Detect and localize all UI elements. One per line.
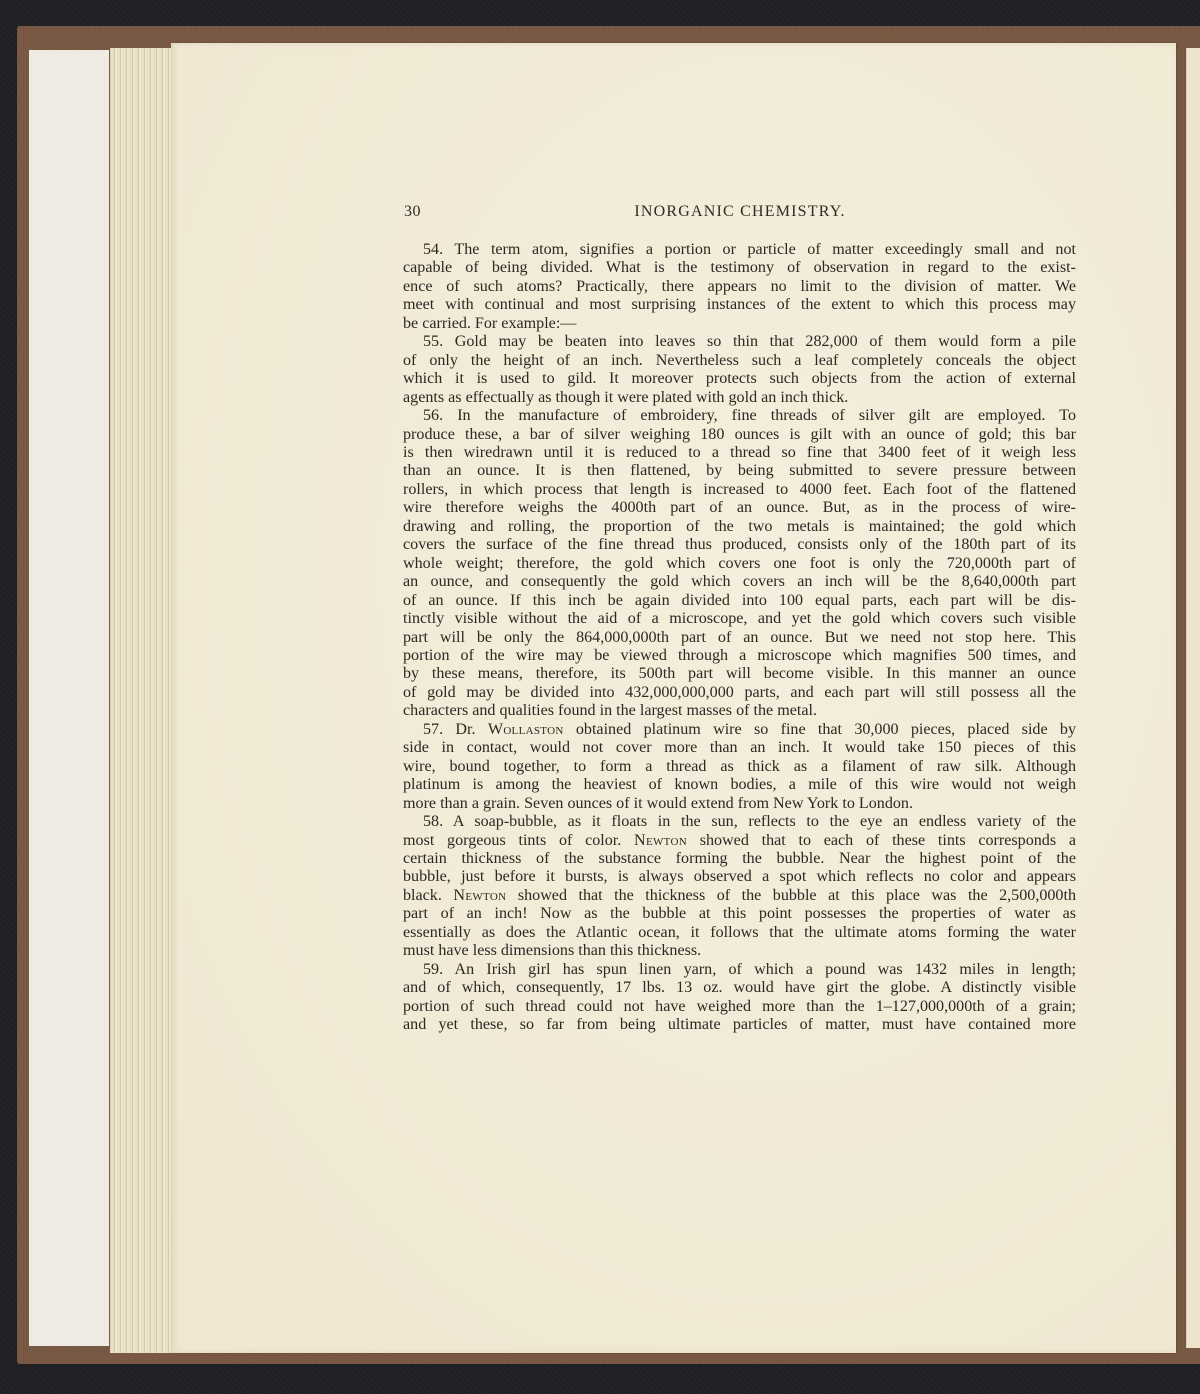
text-body: 54. The term atom, signifies a portion o… — [403, 241, 1076, 1034]
text-line: certain thickness of the substance formi… — [403, 850, 1076, 868]
text-line: portion of the wire may be viewed throug… — [403, 647, 1076, 665]
text-line: side in contact, would not cover more th… — [403, 739, 1076, 757]
running-head: 30 INORGANIC CHEMISTRY. — [404, 203, 1076, 225]
text-line: 54. The term atom, signifies a portion o… — [403, 241, 1076, 259]
paragraph-59: 59. An Irish girl has spun linen yarn, o… — [403, 961, 1076, 1035]
text-line: 59. An Irish girl has spun linen yarn, o… — [403, 961, 1076, 979]
text-line: 57. Dr. Wollaston obtained platinum wire… — [403, 721, 1076, 739]
text-line: 55. Gold may be beaten into leaves so th… — [403, 333, 1076, 351]
text-line: of an ounce. If this inch be again divid… — [403, 592, 1076, 610]
text-line: rollers, in which process that length is… — [403, 481, 1076, 499]
text-line: black. Newton showed that the thickness … — [403, 887, 1076, 905]
text-line: ence of such atoms? Practically, there a… — [403, 278, 1076, 296]
text-line: part will be only the 864,000,000th part… — [403, 629, 1076, 647]
person-name-wollaston: Wollaston — [488, 721, 564, 738]
text-line: 56. In the manufacture of embroidery, fi… — [403, 407, 1076, 425]
text-line: which it is used to gild. It moreover pr… — [403, 370, 1076, 388]
text-fragment: showed that the thickness of the bubble … — [506, 887, 1076, 904]
text-line: capable of being divided. What is the te… — [403, 259, 1076, 277]
paragraph-56: 56. In the manufacture of embroidery, fi… — [403, 407, 1076, 721]
page-edges — [110, 48, 173, 1353]
text-line: produce these, a bar of silver weighing … — [403, 426, 1076, 444]
text-line: than an ounce. It is then flattened, by … — [403, 462, 1076, 480]
text-line: part of an inch! Now as the bubble at th… — [403, 905, 1076, 923]
flyleaf — [29, 50, 109, 1346]
person-name-newton: Newton — [634, 832, 687, 849]
text-line: essentially as does the Atlantic ocean, … — [403, 924, 1076, 942]
paragraph-57: 57. Dr. Wollaston obtained platinum wire… — [403, 721, 1076, 813]
running-title: INORGANIC CHEMISTRY. — [404, 203, 1076, 221]
text-line: agents as effectually as though it were … — [403, 389, 1076, 407]
text-line: must have less dimensions than this thic… — [403, 942, 1076, 960]
text-line: tinctly visible without the aid of a mic… — [403, 610, 1076, 628]
text-fragment: 57. Dr. — [423, 721, 488, 738]
text-line: wire, bound together, to form a thread a… — [403, 758, 1076, 776]
text-line: most gorgeous tints of color. Newton sho… — [403, 832, 1076, 850]
text-line: more than a grain. Seven ounces of it wo… — [403, 795, 1076, 813]
text-line: wire therefore weighs the 4000th part of… — [403, 499, 1076, 517]
text-line: of gold may be divided into 432,000,000,… — [403, 684, 1076, 702]
text-line: characters and qualities found in the la… — [403, 702, 1076, 720]
text-line: portion of such thread could not have we… — [403, 998, 1076, 1016]
text-line: by these means, therefore, its 500th par… — [403, 665, 1076, 683]
next-page-edge — [1186, 48, 1200, 1348]
text-fragment: showed that to each of these tints corre… — [687, 832, 1076, 849]
text-line: and of which, consequently, 17 lbs. 13 o… — [403, 979, 1076, 997]
text-line: drawing and rolling, the proportion of t… — [403, 518, 1076, 536]
text-line: of only the height of an inch. Neverthel… — [403, 352, 1076, 370]
text-fragment: most gorgeous tints of color. — [403, 832, 634, 849]
text-line: platinum is among the heaviest of known … — [403, 776, 1076, 794]
text-line: is then wiredrawn until it is reduced to… — [403, 444, 1076, 462]
text-line: 58. A soap-bubble, as it floats in the s… — [403, 813, 1076, 831]
paragraph-58: 58. A soap-bubble, as it floats in the s… — [403, 813, 1076, 961]
text-line: be carried. For example:— — [403, 315, 1076, 333]
person-name-newton: Newton — [453, 887, 506, 904]
text-line: an ounce, and consequently the gold whic… — [403, 573, 1076, 591]
text-fragment: black. — [403, 887, 453, 904]
text-line: whole weight; therefore, the gold which … — [403, 555, 1076, 573]
paragraph-54: 54. The term atom, signifies a portion o… — [403, 241, 1076, 333]
text-line: and yet these, so far from being ultimat… — [403, 1016, 1076, 1034]
text-line: bubble, just before it bursts, is always… — [403, 868, 1076, 886]
text-line: covers the surface of the fine thread th… — [403, 536, 1076, 554]
text-line: meet with continual and most surprising … — [403, 296, 1076, 314]
paragraph-55: 55. Gold may be beaten into leaves so th… — [403, 333, 1076, 407]
text-fragment: obtained platinum wire so fine that 30,0… — [564, 721, 1076, 738]
